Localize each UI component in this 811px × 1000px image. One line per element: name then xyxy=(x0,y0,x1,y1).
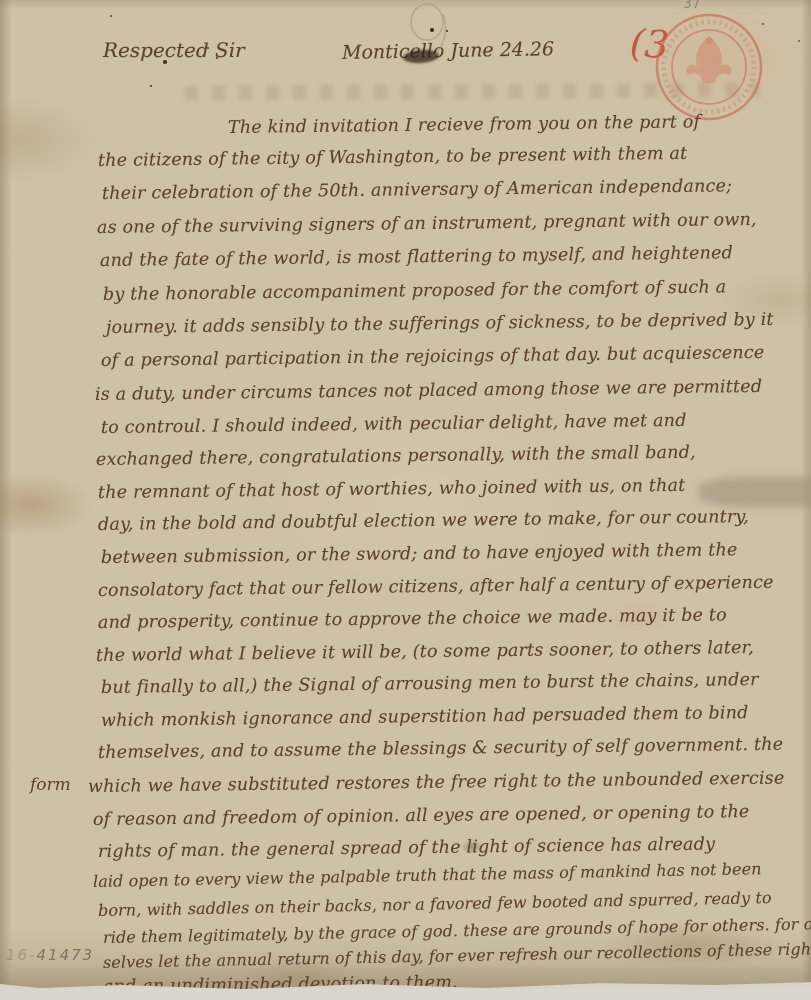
letter-line: exchanged there, congratulations persona… xyxy=(96,443,696,470)
catalog-number: 16-41473 xyxy=(6,946,94,964)
letter-line: between submission, or the sword; and to… xyxy=(101,540,738,568)
letter-line: rights of man. the general spread of the… xyxy=(98,834,715,862)
letter-line: of a personal participation in the rejoi… xyxy=(101,343,765,371)
letter-line: which we have substituted restores the f… xyxy=(88,768,785,797)
letter-line: their celebration of the 50th. anniversa… xyxy=(102,176,732,204)
letter-line: born, with saddles on their backs, nor a… xyxy=(98,888,772,920)
letter-line: and prosperity, continue to approve the … xyxy=(98,605,727,633)
scanned-letter-page: { "colors": { "paper": "#cfc1a5", "ink":… xyxy=(0,0,811,1000)
catalog-number-prefix: 16- xyxy=(6,946,37,964)
letter-line: but finally to all,) the Signal of arrou… xyxy=(101,670,759,698)
letter-line: journey. it adds sensibly to the sufferi… xyxy=(106,310,774,338)
library-stamp-icon xyxy=(650,6,768,124)
letter-line: themselves, and to assume the blessings … xyxy=(98,735,783,763)
letter-line: of reason and freedom of opinion. all ey… xyxy=(93,802,750,830)
letter-line: which monkish ignorance and superstition… xyxy=(101,703,749,731)
letter-line: day, in the bold and doubtful election w… xyxy=(98,507,749,535)
letter-line: the citizens of the city of Washington, … xyxy=(98,144,688,171)
letter-line: the remnant of that host of worthies, wh… xyxy=(98,476,686,503)
letter-line: laid open to every view the palpable tru… xyxy=(93,859,762,891)
salutation: Respected Sir xyxy=(103,38,245,62)
letter-line: consolatory fact that our fellow citizen… xyxy=(98,573,774,601)
catalog-number-digits: 41473 xyxy=(37,946,95,964)
letter-line: as one of the surviving signers of an in… xyxy=(97,210,757,238)
pencil-squiggle-icon xyxy=(404,2,462,60)
letter-line: is a duty, under circums tances not plac… xyxy=(95,377,762,405)
ink-specks xyxy=(150,85,152,87)
manuscript-paper: Respected Sir Monticello June 24.26 37 (… xyxy=(0,0,811,989)
margin-note-form: form xyxy=(30,775,71,795)
repair-smudge xyxy=(698,477,811,507)
letter-line: to controul. I should indeed, with pecul… xyxy=(101,411,687,438)
letter-line: the world what I believe it will be, (to… xyxy=(96,638,754,666)
letter-line: The kind invitation I recieve from you o… xyxy=(228,112,700,138)
letter-line: by the honorable accompaniment proposed … xyxy=(103,277,727,305)
letter-line: and the fate of the world, is most flatt… xyxy=(100,243,733,271)
scan-backing xyxy=(0,989,811,1000)
